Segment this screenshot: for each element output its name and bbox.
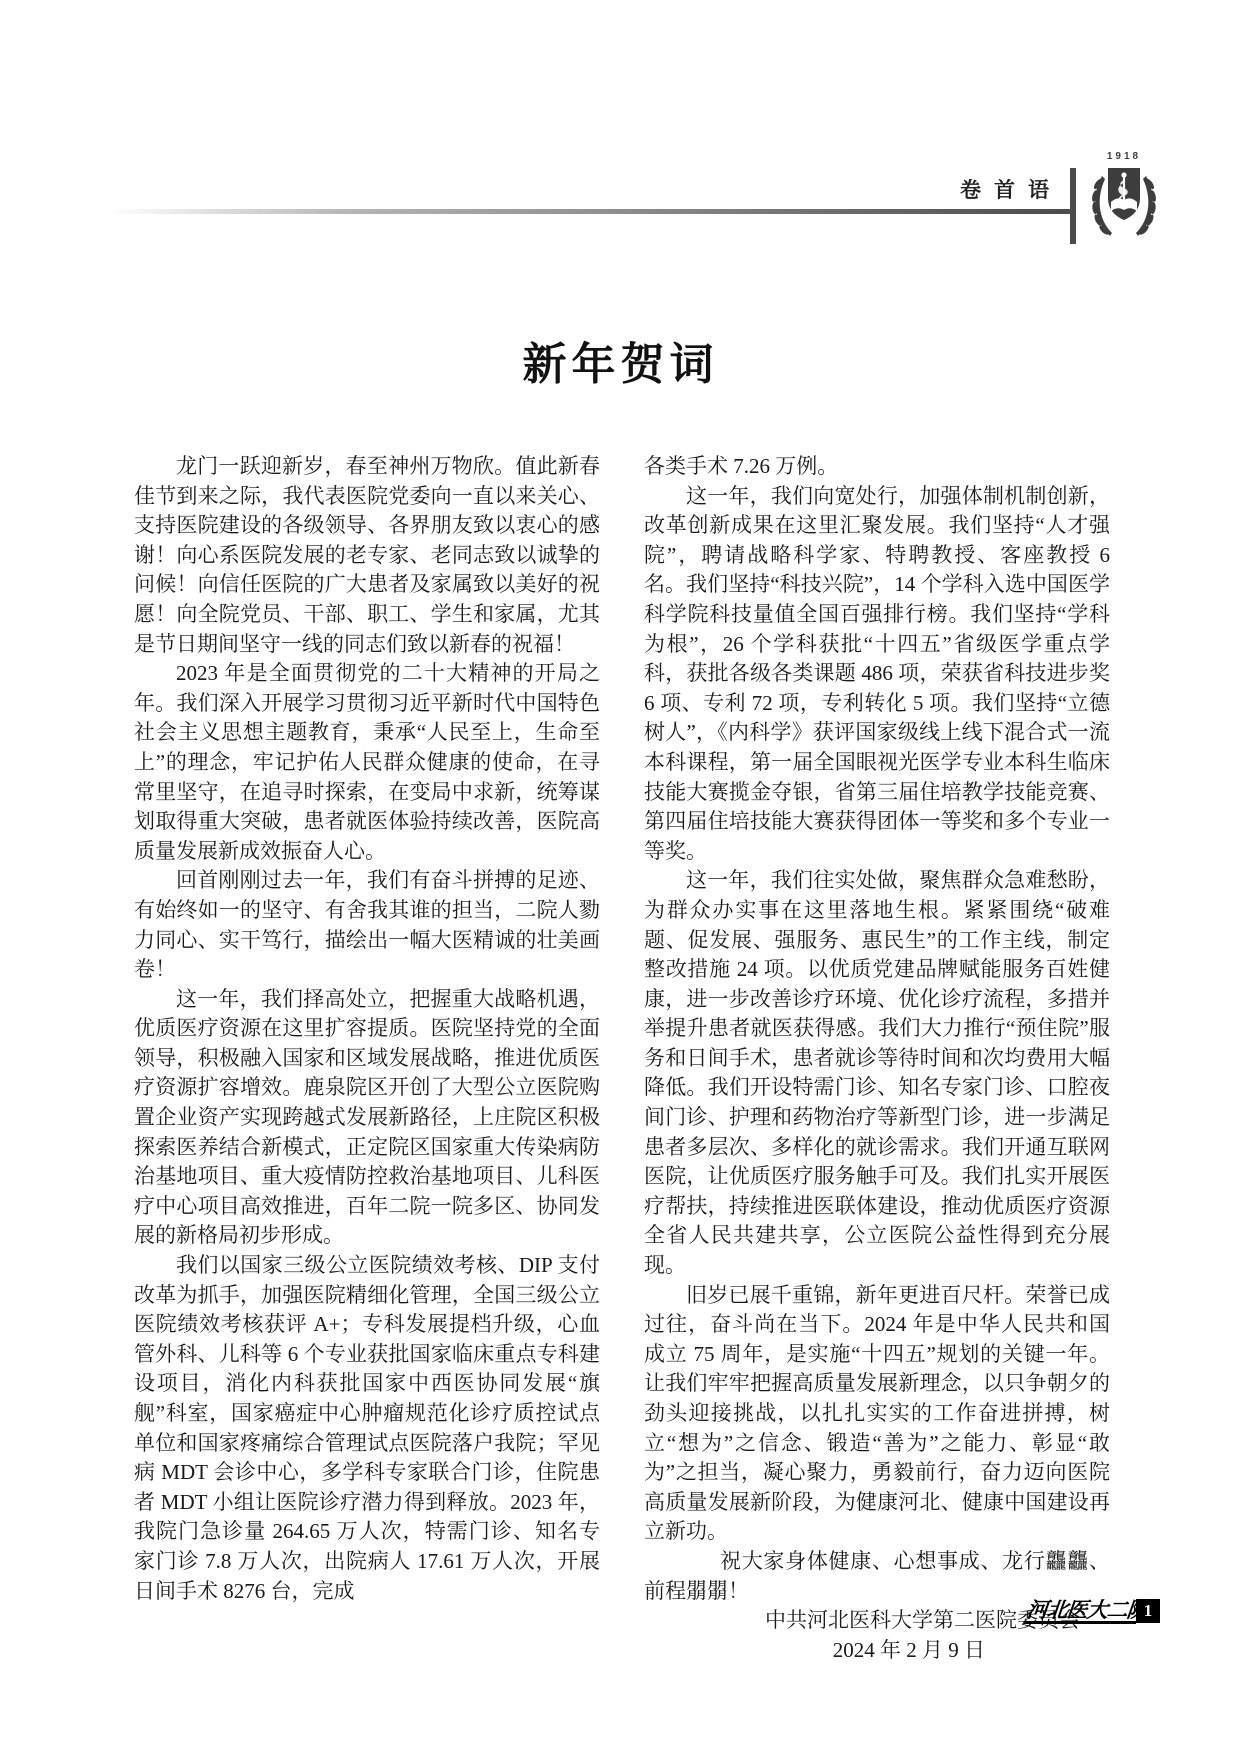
closing-date: 2024 年 2 月 9 日: [644, 1636, 1110, 1666]
footer-rule: [1024, 1621, 1136, 1624]
section-label: 卷首语: [960, 174, 1062, 204]
paragraph: 龙门一跃迎新岁，春至神州万物欣。值此新春佳节到来之际，我代表医院党委向一直以来关…: [134, 452, 600, 659]
article-title: 新年贺词: [0, 328, 1241, 392]
header-rule: [108, 209, 1074, 214]
left-column: 龙门一跃迎新岁，春至神州万物欣。值此新春佳节到来之际，我代表医院党委向一直以来关…: [134, 452, 600, 1606]
hospital-emblem-icon: 1918: [1084, 146, 1164, 250]
paragraph: 2023 年是全面贯彻党的二十大精神的开局之年。我们深入开展学习贯彻习近平新时代…: [134, 659, 600, 866]
page-number: 1: [1136, 1599, 1160, 1623]
paragraph: 回首刚刚过去一年，我们有奋斗拼搏的足迹、有始终如一的坚守、有舍我其谁的担当，二院…: [134, 866, 600, 984]
paragraph: 这一年，我们择高处立，把握重大战略机遇，优质医疗资源在这里扩容提质。医院坚持党的…: [134, 985, 600, 1251]
header-divider: [1070, 168, 1076, 244]
page: 卷首语 1918: [0, 0, 1241, 1754]
right-column: 各类手术 7.26 万例。这一年，我们向宽处行，加强体制机制创新，改革创新成果在…: [644, 452, 1110, 1665]
journal-name: 河北医大二院: [1025, 1594, 1136, 1624]
emblem-year: 1918: [1107, 151, 1141, 162]
paragraph: 我们以国家三级公立医院绩效考核、DIP 支付改革为抓手，加强医院精细化管理，全国…: [134, 1251, 600, 1606]
paragraph: 旧岁已展千重锦，新年更进百尺杆。荣誉已成过往，奋斗尚在当下。2024 年是中华人…: [644, 1281, 1110, 1547]
paragraph: 各类手术 7.26 万例。: [644, 452, 1110, 482]
paragraph: 这一年，我们向宽处行，加强体制机制创新，改革创新成果在这里汇聚发展。我们坚持“人…: [644, 482, 1110, 867]
paragraph: 这一年，我们往实处做，聚焦群众急难愁盼，为群众办实事在这里落地生根。紧紧围绕“破…: [644, 866, 1110, 1280]
